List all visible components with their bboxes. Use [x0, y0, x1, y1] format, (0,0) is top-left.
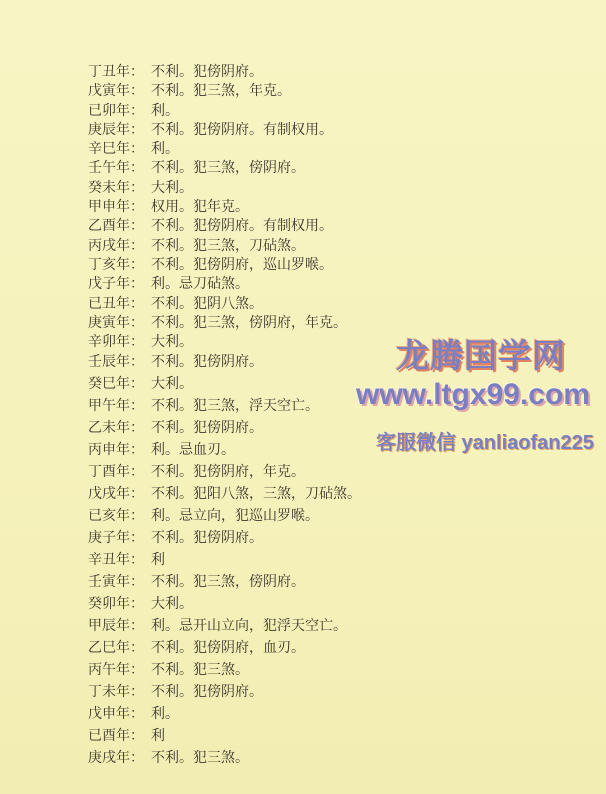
year-label: 辛丑年：	[88, 550, 144, 572]
year-label: 壬寅年：	[88, 572, 144, 594]
year-label: 已酉年：	[88, 726, 144, 748]
year-note: 利。忌开山立向，犯浮天空亡。	[151, 616, 347, 638]
year-label: 丁亥年：	[88, 256, 144, 275]
year-line: 庚子年：不利。犯傍阴府。	[88, 528, 596, 550]
year-label: 甲辰年：	[88, 616, 144, 638]
year-note: 不利。犯傍阴府，年克。	[151, 462, 305, 484]
year-label: 癸巳年：	[88, 374, 144, 396]
year-label: 丁丑年：	[88, 63, 144, 82]
year-label: 辛巳年：	[88, 140, 144, 159]
year-note: 不利。犯傍阴府。有制权用。	[151, 121, 333, 140]
year-note: 利。	[151, 102, 179, 121]
year-note: 不利。犯傍阴府，巡山罗喉。	[151, 256, 333, 275]
year-line: 癸未年：大利。	[88, 179, 596, 198]
year-label: 戊子年：	[88, 275, 144, 294]
year-note: 不利。犯傍阴府。	[151, 63, 263, 82]
year-note: 大利。	[151, 179, 193, 198]
year-line: 甲申年：权用。犯年克。	[88, 198, 596, 217]
year-line: 已卯年：利。	[88, 102, 596, 121]
year-line: 乙巳年：不利。犯傍阴府，血刃。	[88, 638, 596, 660]
year-label: 壬午年：	[88, 159, 144, 178]
year-label: 已卯年：	[88, 102, 144, 121]
year-note: 不利。犯三煞，浮天空亡。	[151, 396, 319, 418]
year-note: 不利。犯傍阴府。	[151, 528, 263, 550]
year-label: 甲申年：	[88, 198, 144, 217]
year-line: 甲辰年：利。忌开山立向，犯浮天空亡。	[88, 616, 596, 638]
year-note: 不利。犯阳八煞，三煞，刀砧煞。	[151, 484, 361, 506]
year-label: 已丑年：	[88, 295, 144, 314]
year-note: 大利。	[151, 374, 193, 396]
year-note: 不利。犯阴八煞。	[151, 295, 263, 314]
year-line: 已丑年：不利。犯阴八煞。	[88, 295, 596, 314]
year-note: 利。	[151, 704, 179, 726]
year-note: 大利。	[151, 333, 193, 352]
year-label: 乙酉年：	[88, 217, 144, 236]
watermark-site-name: 龙腾国学网	[396, 330, 566, 377]
year-note: 不利。犯傍阴府。	[151, 682, 263, 704]
year-line: 丁丑年：不利。犯傍阴府。	[88, 63, 596, 82]
year-label: 庚寅年：	[88, 314, 144, 333]
year-line: 庚戌年：不利。犯三煞。	[88, 748, 596, 770]
year-line: 庚辰年：不利。犯傍阴府。有制权用。	[88, 121, 596, 140]
year-line: 已亥年：利。忌立向，犯巡山罗喉。	[88, 506, 596, 528]
year-note: 不利。犯三煞，傍阴府。	[151, 159, 305, 178]
year-line: 已酉年：利	[88, 726, 596, 748]
year-note: 利	[151, 726, 165, 748]
year-note: 利。忌立向，犯巡山罗喉。	[151, 506, 319, 528]
year-note: 不利。犯傍阴府，血刃。	[151, 638, 305, 660]
year-label: 甲午年：	[88, 396, 144, 418]
year-label: 丁酉年：	[88, 462, 144, 484]
year-line: 丙戌年：不利。犯三煞，刀砧煞。	[88, 237, 596, 256]
year-note: 利。	[151, 140, 179, 159]
document-page: 丁丑年：不利。犯傍阴府。戊寅年：不利。犯三煞，年克。已卯年：利。庚辰年：不利。犯…	[0, 0, 606, 794]
year-label: 戊申年：	[88, 704, 144, 726]
year-line: 壬午年：不利。犯三煞，傍阴府。	[88, 159, 596, 178]
year-line: 乙酉年：不利。犯傍阴府。有制权用。	[88, 217, 596, 236]
year-line: 戊申年：利。	[88, 704, 596, 726]
year-label: 癸卯年：	[88, 594, 144, 616]
year-line: 戊子年：利。忌刀砧煞。	[88, 275, 596, 294]
watermark-contact: 客服微信 yanliaofan225	[376, 426, 594, 455]
year-label: 辛卯年：	[88, 333, 144, 352]
year-line: 癸卯年：大利。	[88, 594, 596, 616]
year-label: 癸未年：	[88, 179, 144, 198]
year-line: 丁酉年：不利。犯傍阴府，年克。	[88, 462, 596, 484]
year-line: 戊戌年：不利。犯阳八煞，三煞，刀砧煞。	[88, 484, 596, 506]
year-line: 丁亥年：不利。犯傍阴府，巡山罗喉。	[88, 256, 596, 275]
year-note: 利。忌血刃。	[151, 440, 235, 462]
year-label: 庚辰年：	[88, 121, 144, 140]
year-line: 戊寅年：不利。犯三煞，年克。	[88, 82, 596, 101]
year-note: 不利。犯三煞，傍阴府。	[151, 572, 305, 594]
year-note: 不利。犯傍阴府。	[151, 418, 263, 440]
year-label: 庚子年：	[88, 528, 144, 550]
year-note: 利。忌刀砧煞。	[151, 275, 249, 294]
year-line: 壬寅年：不利。犯三煞，傍阴府。	[88, 572, 596, 594]
year-note: 不利。犯傍阴府。	[151, 352, 263, 374]
year-label: 庚戌年：	[88, 748, 144, 770]
year-note: 不利。犯傍阴府。有制权用。	[151, 217, 333, 236]
year-note: 不利。犯三煞，年克。	[151, 82, 291, 101]
year-note: 大利。	[151, 594, 193, 616]
year-line: 丙午年：不利。犯三煞。	[88, 660, 596, 682]
year-note: 利	[151, 550, 165, 572]
year-note: 不利。犯三煞。	[151, 660, 249, 682]
year-label: 丙申年：	[88, 440, 144, 462]
year-label: 丙戌年：	[88, 237, 144, 256]
year-label: 壬辰年：	[88, 352, 144, 374]
year-note: 不利。犯三煞，傍阴府，年克。	[151, 314, 347, 333]
year-fortune-list: 丁丑年：不利。犯傍阴府。戊寅年：不利。犯三煞，年克。已卯年：利。庚辰年：不利。犯…	[88, 63, 596, 770]
year-label: 已亥年：	[88, 506, 144, 528]
year-line: 丁未年：不利。犯傍阴府。	[88, 682, 596, 704]
year-line: 辛巳年：利。	[88, 140, 596, 159]
year-label: 乙未年：	[88, 418, 144, 440]
year-label: 丁未年：	[88, 682, 144, 704]
year-label: 丙午年：	[88, 660, 144, 682]
year-note: 不利。犯三煞。	[151, 748, 249, 770]
year-line: 辛丑年：利	[88, 550, 596, 572]
year-label: 戊寅年：	[88, 82, 144, 101]
year-note: 不利。犯三煞，刀砧煞。	[151, 237, 305, 256]
year-note: 权用。犯年克。	[151, 198, 249, 217]
year-label: 乙巳年：	[88, 638, 144, 660]
watermark-site-url: www.ltgx99.com	[356, 378, 590, 412]
year-label: 戊戌年：	[88, 484, 144, 506]
